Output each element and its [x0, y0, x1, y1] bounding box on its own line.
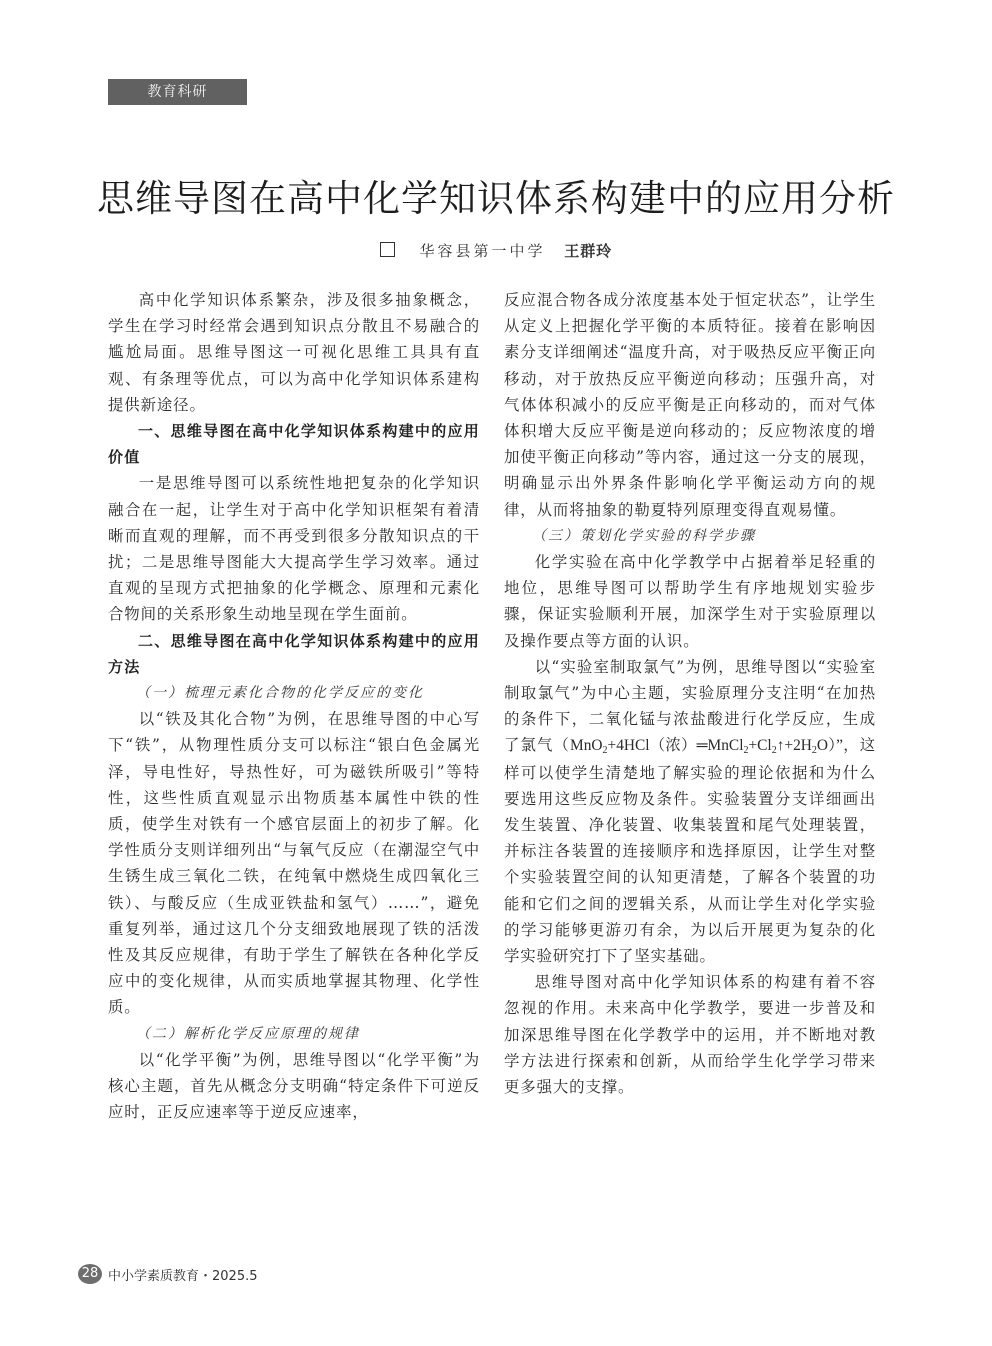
paragraph-text: ，这样可以使学生清楚地了解实验的理论依据和为什么要选用这些反应物及条件。实验装置…	[504, 736, 876, 965]
subsection1-paragraph: 以“铁及其化合物”为例，在思维导图的中心写下“铁”，从物理性质分支可以标注“银白…	[108, 706, 480, 1020]
section-tag: 教育科研	[108, 79, 247, 105]
subsection-heading-1: （一）梳理元素化合物的化学反应的变化	[108, 680, 480, 706]
formula-text: ↑+2H	[777, 737, 812, 754]
formula-text: ═MnCl	[697, 737, 744, 754]
right-column: 反应混合物各成分浓度基本处于恒定状态”，让学生从定义上把握化学平衡的本质特征。接…	[504, 287, 876, 1100]
journal-info: 中小学素质教育・2025.5	[108, 1265, 258, 1284]
chemical-equation: MnO2+4HCl（浓）═MnCl2+Cl2↑+2H2O）”	[570, 737, 843, 754]
section1-paragraph: 一是思维导图可以系统性地把复杂的化学知识融合在一起，让学生对于高中化学知识框架有…	[108, 470, 480, 627]
page-number-badge: 28	[78, 1264, 102, 1284]
formula-text: O）”	[817, 737, 843, 754]
subsection2-paragraph-start: 以“化学平衡”为例，思维导图以“化学平衡”为核心主题，首先从概念分支明确“特定条…	[108, 1047, 480, 1126]
article-title: 思维导图在高中化学知识体系构建中的应用分析	[0, 168, 992, 222]
byline: 华容县第一中学 王群玲	[0, 240, 992, 261]
formula-text: MnO	[570, 737, 603, 754]
author-school: 华容县第一中学	[419, 242, 545, 260]
square-marker-icon	[380, 242, 395, 257]
author-name: 王群玲	[564, 242, 612, 260]
formula-text: +Cl	[748, 737, 771, 754]
subsection-heading-3: （三）策划化学实验的科学步骤	[504, 523, 876, 549]
left-column: 高中化学知识体系繁杂，涉及很多抽象概念，学生在学习时经常会遇到知识点分散且不易融…	[108, 287, 480, 1126]
subsection3-paragraph-1: 化学实验在高中化学教学中占据着举足轻重的地位，思维导图可以帮助学生有序地规划实验…	[504, 549, 876, 654]
formula-text: +4HCl（浓）	[608, 737, 697, 754]
intro-paragraph: 高中化学知识体系繁杂，涉及很多抽象概念，学生在学习时经常会遇到知识点分散且不易融…	[108, 287, 480, 418]
section-heading-1: 一、思维导图在高中化学知识体系构建中的应用价值	[108, 418, 480, 470]
page-footer: 28 中小学素质教育・2025.5	[78, 1264, 258, 1284]
conclusion-paragraph: 思维导图对高中化学知识体系的构建有着不容忽视的作用。未来高中化学教学，要进一步普…	[504, 969, 876, 1100]
subsection2-paragraph-cont: 反应混合物各成分浓度基本处于恒定状态”，让学生从定义上把握化学平衡的本质特征。接…	[504, 287, 876, 523]
section-heading-2: 二、思维导图在高中化学知识体系构建中的应用方法	[108, 628, 480, 680]
subsection-heading-2: （二）解析化学反应原理的规律	[108, 1021, 480, 1047]
subsection3-paragraph-2: 以“实验室制取氯气”为例，思维导图以“实验室制取氯气”为中心主题，实验原理分支注…	[504, 654, 876, 969]
